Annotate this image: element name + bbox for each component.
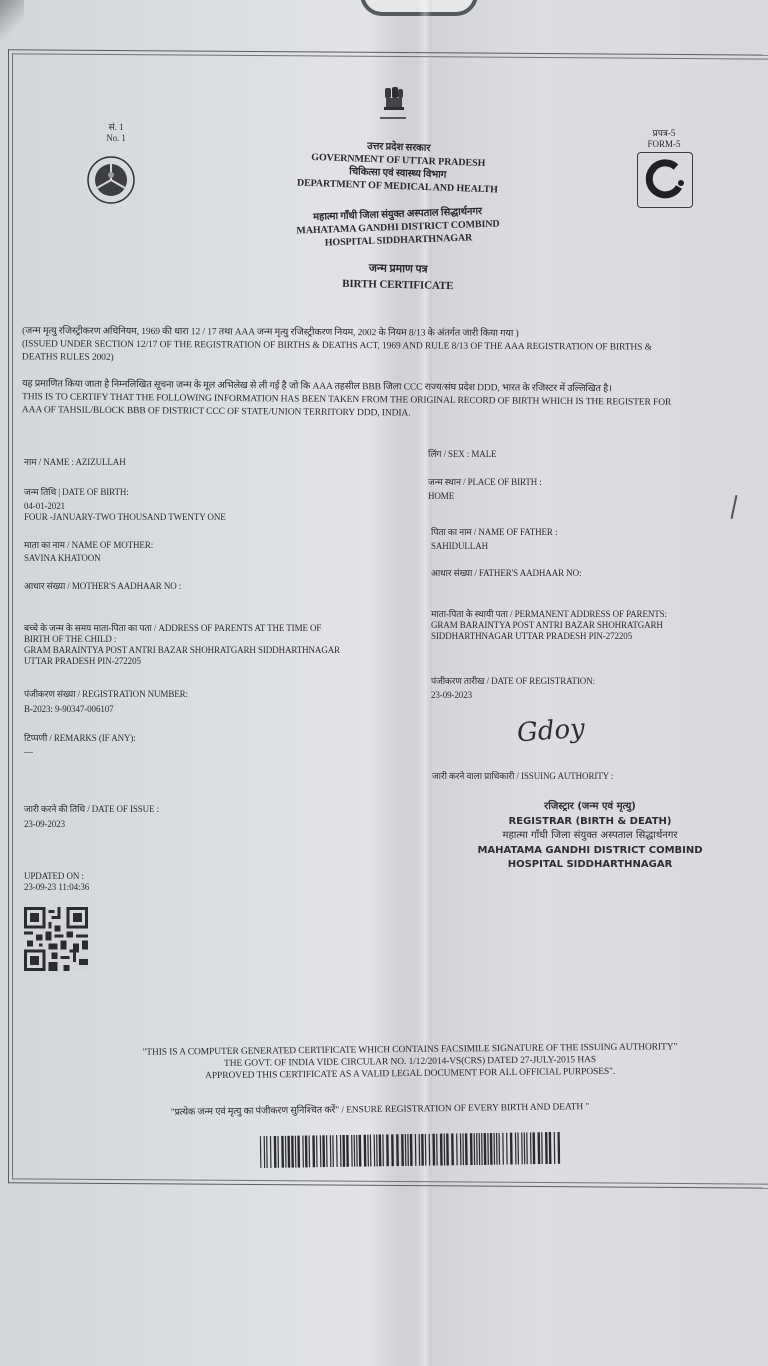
dob-words: FOUR -JANUARY-TWO THOUSAND TWENTY ONE [24, 512, 226, 523]
form-en: FORM-5 [632, 139, 696, 150]
mother-aadhaar: आधार संख्या / MOTHER'S AADHAAR NO : [24, 581, 181, 592]
reg-date-label: पंजीकरण तारीख / DATE OF REGISTRATION: [431, 676, 595, 687]
pob-label: जन्म स्थान / PLACE OF BIRTH : [428, 477, 542, 488]
mother-block: माता का नाम / NAME OF MOTHER: SAVINA KHA… [24, 540, 153, 564]
birth-address-block: बच्चे के जन्म के समय माता-पिता का पता / … [24, 623, 340, 667]
birth-address-label-2: BIRTH OF THE CHILD : [24, 634, 340, 645]
perm-address-label: माता-पिता के स्थायी पता / PERMANENT ADDR… [431, 609, 667, 620]
footer-note: "THIS IS A COMPUTER GENERATED CERTIFICAT… [80, 1041, 740, 1084]
issued-under-block: (जन्म मृत्यु रजिस्ट्रीकरण अधिनियम, 1969 … [22, 325, 652, 367]
updated-block: UPDATED ON : 23-09-23 11:04:36 [24, 871, 89, 893]
serial-number: सं. 1 No. 1 [96, 122, 136, 144]
sex: लिंग / SEX : MALE [428, 449, 497, 460]
pob-value: HOME [428, 491, 542, 502]
issuing-authority-label: जारी करने वाला प्राधिकारी / ISSUING AUTH… [432, 771, 613, 782]
child-name: नाम / NAME : AZIZULLAH [24, 457, 126, 468]
registrar-signature: Gdoy [516, 714, 586, 749]
barcode-icon[interactable] [260, 1132, 560, 1168]
issue-date-block: जारी करने की तिथि / DATE OF ISSUE : 23-0… [24, 804, 159, 830]
authority-hospital-en-1: MAHATAMA GANDHI DISTRICT COMBIND [436, 844, 744, 859]
perm-address-value-1: GRAM BARAINTYA POST ANTRI BAZAR SHOHRATG… [431, 620, 667, 631]
registrar-hi: रजिस्ट्रार (जन्म एवं मृत्यु) [436, 800, 744, 815]
form-number: प्रपत्र-5 FORM-5 [632, 128, 696, 150]
registrar-en: REGISTRAR (BIRTH & DEATH) [436, 815, 744, 830]
serial-en: No. 1 [96, 133, 136, 144]
dob-value: 04-01-2021 [24, 501, 226, 512]
hospital-block: महात्मा गाँधी जिला संयुक्त अस्पताल सिद्ध… [277, 204, 518, 251]
dob-label: जन्म तिथि | DATE OF BIRTH: [24, 487, 226, 498]
birth-address-label-1: बच्चे के जन्म के समय माता-पिता का पता / … [24, 623, 340, 634]
reg-number-label: पंजीकरण संख्या / REGISTRATION NUMBER: [24, 689, 188, 700]
updated-value: 23-09-23 11:04:36 [24, 882, 89, 893]
crs-logo-icon [637, 152, 693, 208]
reg-date-value: 23-09-2023 [431, 690, 595, 701]
reg-date-block: पंजीकरण तारीख / DATE OF REGISTRATION: 23… [431, 676, 595, 701]
issue-date-value: 23-09-2023 [24, 819, 159, 830]
authority-hospital-en-2: HOSPITAL SIDDHARTHNAGAR [436, 858, 744, 873]
authority-hospital-hi: महात्मा गाँधी जिला संयुक्त अस्पताल सिद्ध… [436, 829, 744, 844]
birth-address-value-1: GRAM BARAINTYA POST ANTRI BAZAR SHOHRATG… [24, 645, 340, 656]
mother-value: SAVINA KHATOON [24, 553, 153, 564]
father-value: SAHIDULLAH [431, 541, 557, 552]
up-seal-icon [82, 155, 140, 205]
father-aadhaar: आधार संख्या / FATHER'S AADHAAR NO: [431, 568, 581, 579]
form-hi: प्रपत्र-5 [632, 128, 696, 139]
dob-block: जन्म तिथि | DATE OF BIRTH: 04-01-2021 FO… [24, 487, 226, 523]
ashoka-emblem-icon [378, 86, 408, 124]
pob-block: जन्म स्थान / PLACE OF BIRTH : HOME [428, 477, 542, 502]
reg-number-block: पंजीकरण संख्या / REGISTRATION NUMBER: B-… [24, 689, 188, 715]
father-block: पिता का नाम / NAME OF FATHER : SAHIDULLA… [431, 527, 557, 552]
perm-address-block: माता-पिता के स्थायी पता / PERMANENT ADDR… [431, 609, 667, 642]
father-label: पिता का नाम / NAME OF FATHER : [431, 527, 557, 538]
issue-date-label: जारी करने की तिथि / DATE OF ISSUE : [24, 804, 159, 815]
remarks-value: — [24, 747, 136, 758]
serial-hi: सं. 1 [96, 122, 136, 133]
binder-clip-shadow [360, 0, 478, 16]
reg-number-value: B-2023: 9-90347-006107 [24, 704, 188, 715]
photo-corner-shadow [0, 0, 24, 40]
issuing-authority-block: रजिस्ट्रार (जन्म एवं मृत्यु) REGISTRAR (… [436, 800, 744, 873]
title-block: जन्म प्रमाण पत्र BIRTH CERTIFICATE [278, 258, 519, 295]
updated-label: UPDATED ON : [24, 871, 89, 882]
birth-address-value-2: UTTAR PRADESH PIN-272205 [24, 656, 340, 667]
perm-address-value-2: SIDDHARTHNAGAR UTTAR PRADESH PIN-272205 [431, 631, 667, 642]
mother-label: माता का नाम / NAME OF MOTHER: [24, 540, 153, 551]
remarks-label: टिप्पणी / REMARKS (IF ANY): [24, 733, 136, 744]
remarks-block: टिप्पणी / REMARKS (IF ANY): — [24, 733, 136, 758]
qr-code-icon[interactable] [24, 907, 88, 971]
certify-block: यह प्रमाणित किया जाता है निम्नलिखित सूचन… [22, 378, 672, 423]
header-block: उत्तर प्रदेश सरकार GOVERNMENT OF UTTAR P… [277, 137, 519, 197]
